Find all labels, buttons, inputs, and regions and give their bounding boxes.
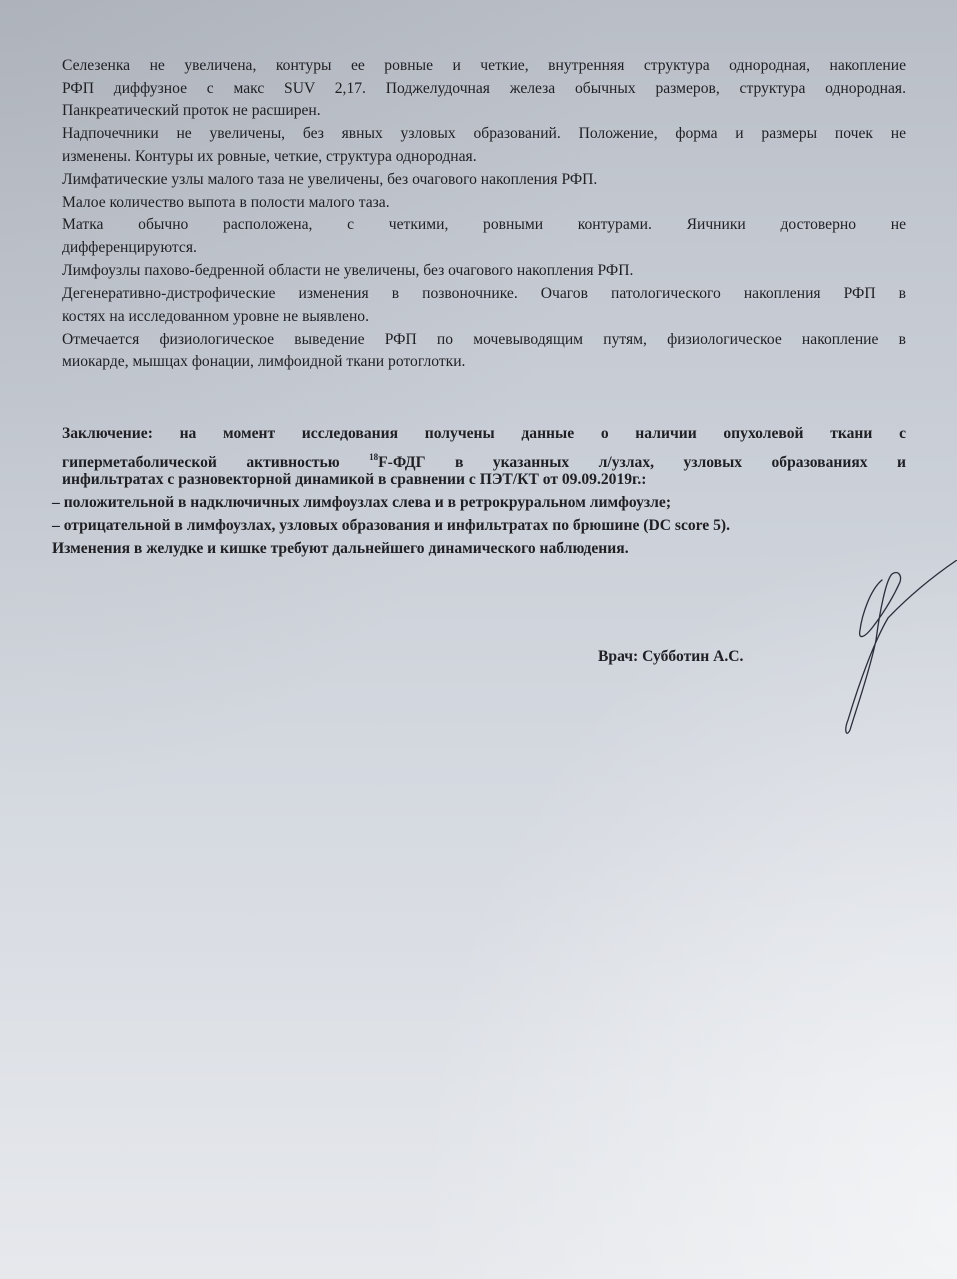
doctor-name: Врач: Субботин А.С. [598, 648, 743, 666]
findings-line: Панкреатический проток не расширен. [62, 101, 906, 121]
findings-line: Надпочечники не увеличены, без явных узл… [62, 124, 906, 144]
findings-line: Малое количество выпота в полости малого… [62, 193, 906, 213]
findings-line: дифференцируются. [62, 238, 906, 258]
conclusion-item-positive: – положительной в надключичных лимфоузла… [52, 493, 896, 513]
findings-line: РФП диффузное с макс SUV 2,17. Поджелудо… [62, 79, 906, 99]
signature-icon [820, 560, 957, 740]
findings-line: Лимфатические узлы малого таза не увелич… [62, 170, 906, 190]
conclusion-text: гиперметаболической активностью [62, 454, 369, 471]
findings-line: изменены. Контуры их ровные, четкие, стр… [62, 147, 906, 167]
findings-line: Лимфоузлы пахово-бедренной области не ув… [62, 261, 906, 281]
findings-line: Отмечается физиологическое выведение РФП… [62, 330, 906, 350]
conclusion-item-negative: – отрицательной в лимфоузлах, узловых об… [52, 516, 896, 536]
conclusion-note: Изменения в желудке и кишке требуют даль… [52, 539, 896, 559]
findings-line: Матка обычно расположена, с четкими, ров… [62, 215, 906, 235]
conclusion-text: F-ФДГ в указанных л/узлах, узловых образ… [378, 454, 906, 471]
findings-line: костях на исследованном уровне не выявле… [62, 307, 906, 327]
isotope-superscript: 18 [369, 452, 378, 462]
findings-line: Дегенеративно-дистрофические изменения в… [62, 284, 906, 304]
conclusion-line: инфильтратах с разновекторной динамикой … [62, 470, 906, 490]
findings-line: миокарде, мышцах фонации, лимфоидной тка… [62, 352, 906, 372]
paper-shading [0, 0, 957, 1279]
findings-line: Селезенка не увеличена, контуры ее ровны… [62, 56, 906, 76]
conclusion-line: Заключение: на момент исследования получ… [62, 424, 906, 444]
document-page: Селезенка не увеличена, контуры ее ровны… [0, 0, 957, 1279]
